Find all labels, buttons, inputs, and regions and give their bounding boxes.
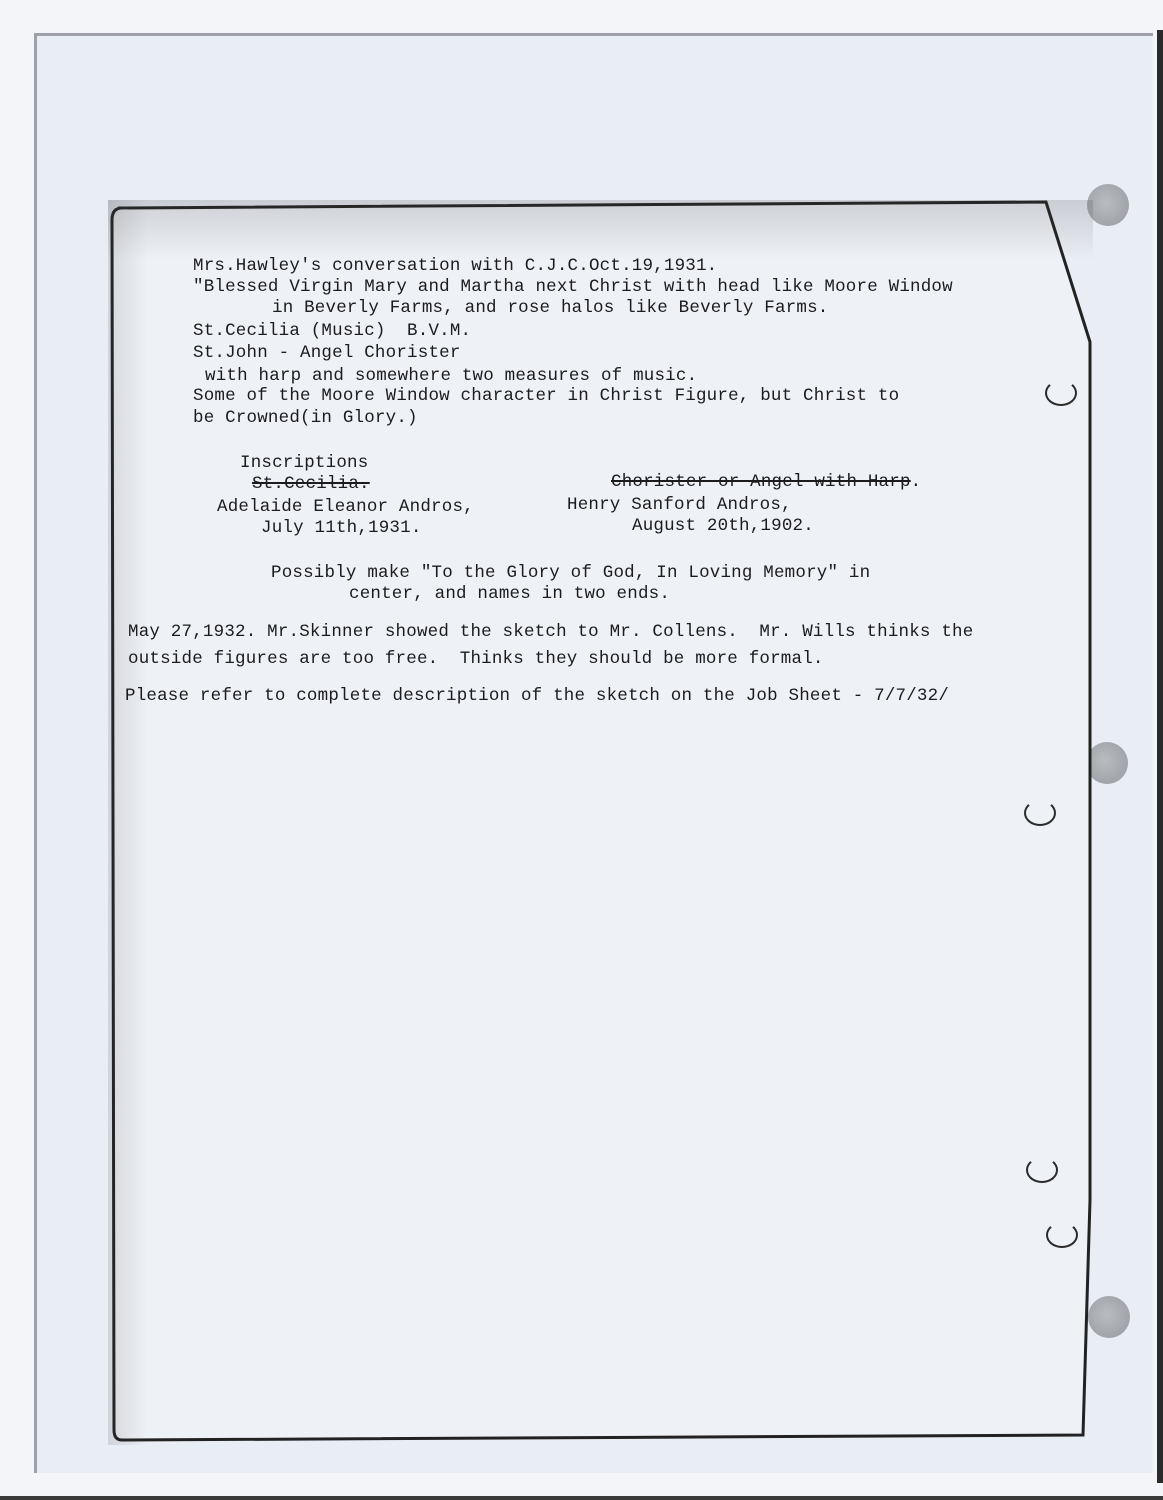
scan-bottom-edge [0, 1496, 1163, 1500]
note-line: be Crowned(in Glory.) [193, 408, 418, 430]
job-sheet-reference: Please refer to complete description of … [125, 686, 949, 708]
struck-inscription-right: Chorister or Angel with Harp [611, 472, 911, 492]
inscription-right-date: August 20th,1902. [632, 516, 814, 538]
struck-inscription-left: St.Cecilia. [252, 474, 370, 496]
followup-line: May 27,1932. Mr.Skinner showed the sketc… [128, 622, 973, 644]
suggestion-line: Possibly make "To the Glory of God, In L… [271, 563, 870, 585]
ring-mark-icon [1046, 1222, 1078, 1248]
note-line: St.John - Angel Chorister [193, 343, 461, 365]
inscription-right-name: Henry Sanford Andros, [567, 495, 792, 517]
inscriptions-heading: Inscriptions [240, 453, 368, 475]
struck-inscription-right-wrap: Chorister or Angel with Harp. [611, 472, 921, 494]
struck-suffix: . [911, 472, 922, 492]
followup-line: outside figures are too free. Thinks the… [128, 649, 824, 671]
inscription-left-name: Adelaide Eleanor Andros, [217, 497, 474, 519]
note-line: St.Cecilia (Music) B.V.M. [193, 321, 471, 343]
ring-mark-icon [1045, 380, 1077, 406]
card-header: Mrs.Hawley's conversation with C.J.C.Oct… [193, 256, 717, 278]
ring-mark-icon [1024, 800, 1056, 826]
card-left-shading [108, 200, 148, 1445]
note-line: "Blessed Virgin Mary and Martha next Chr… [193, 277, 953, 299]
note-line: Some of the Moore Window character in Ch… [193, 386, 899, 408]
inscription-left-date: July 11th,1931. [261, 518, 422, 540]
punch-hole-icon [1088, 1296, 1130, 1338]
suggestion-line: center, and names in two ends. [349, 584, 670, 606]
note-line: in Beverly Farms, and rose halos like Be… [272, 298, 829, 320]
card-top-shading [108, 200, 1093, 260]
punch-hole-icon [1087, 184, 1129, 226]
ring-mark-icon [1026, 1157, 1058, 1183]
note-line: with harp and somewhere two measures of … [205, 366, 697, 388]
